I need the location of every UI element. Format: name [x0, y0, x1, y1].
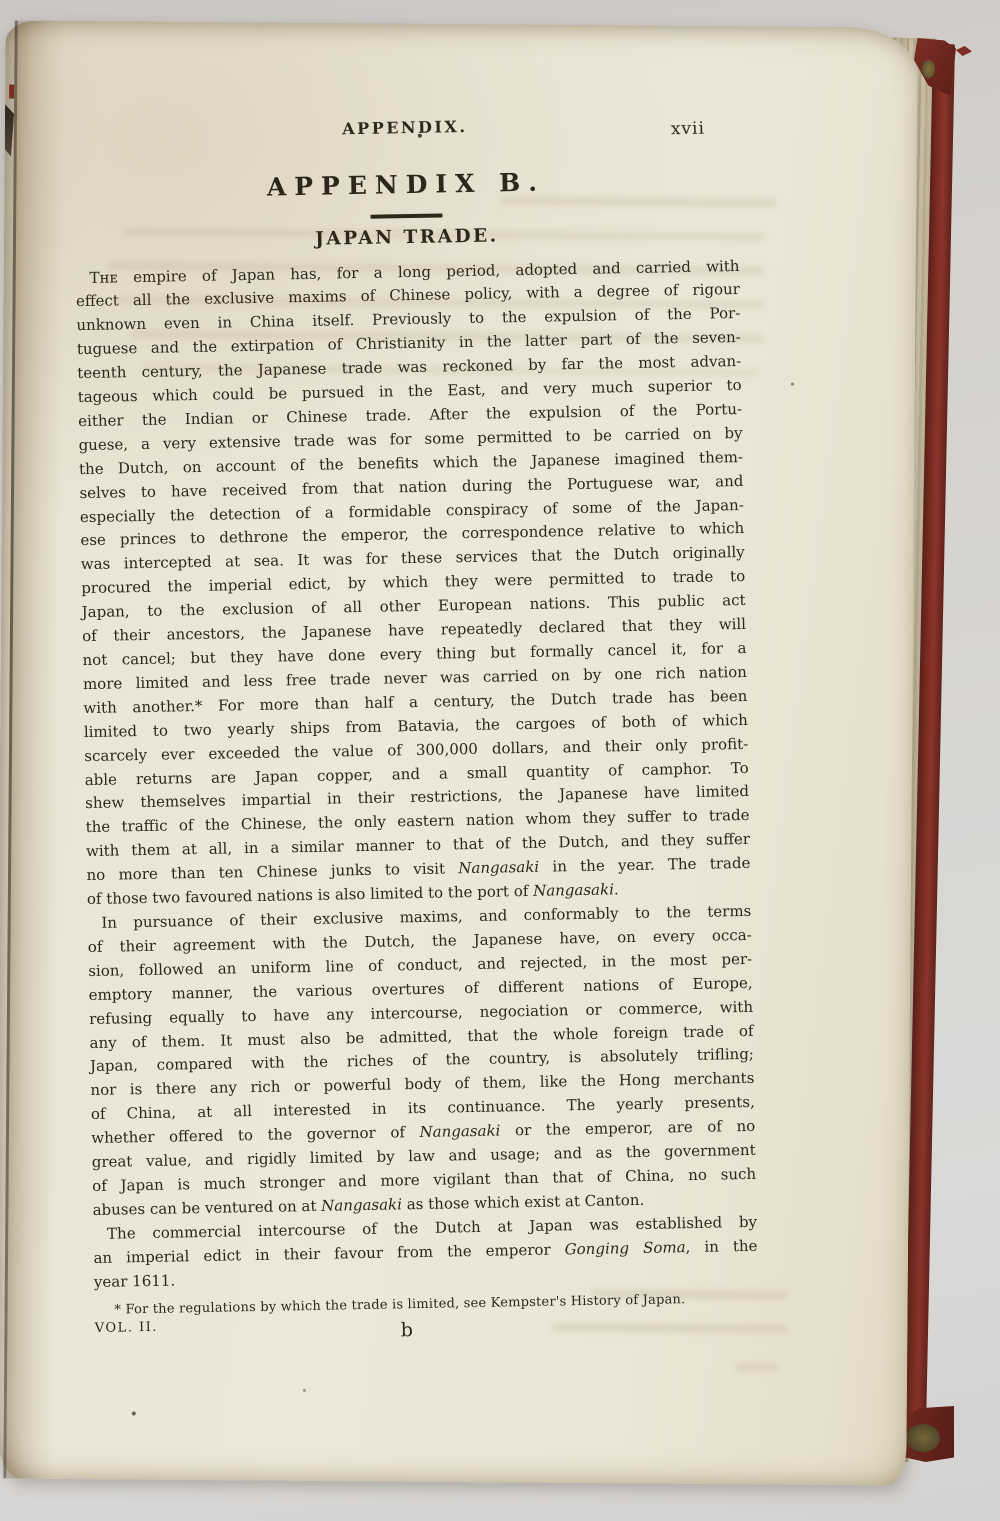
book-cover-flake	[956, 46, 972, 56]
section-subtitle: JAPAN TRADE.	[75, 221, 739, 254]
dust-speck	[791, 383, 794, 386]
page-number: xvii	[671, 119, 705, 140]
spine-red-sliver	[9, 84, 14, 98]
paragraph: The commercial intercourse of the Dutch …	[93, 1211, 758, 1295]
dust-speck	[132, 1411, 136, 1415]
paragraph: Tʜᴇ empire of Japan has, for a long peri…	[75, 254, 751, 912]
appendix-title: APPENDIX B.	[74, 164, 738, 205]
title-rule	[370, 213, 442, 218]
worn-board-spot	[922, 60, 935, 78]
spine-mark	[5, 104, 14, 156]
paragraph: In pursuance of their exclusive maxims, …	[87, 900, 757, 1223]
dust-speck	[303, 1389, 306, 1392]
signature-mark: b	[95, 1314, 719, 1347]
body-text: Tʜᴇ empire of Japan has, for a long peri…	[75, 254, 758, 1294]
page-content: APPENDIX. xvii APPENDIX B. JAPAN TRADE. …	[73, 112, 760, 1359]
book-photo: APPENDIX. xvii APPENDIX B. JAPAN TRADE. …	[0, 0, 1000, 1521]
bleed-through-text	[735, 1362, 779, 1371]
worn-board-spot	[906, 1424, 940, 1452]
